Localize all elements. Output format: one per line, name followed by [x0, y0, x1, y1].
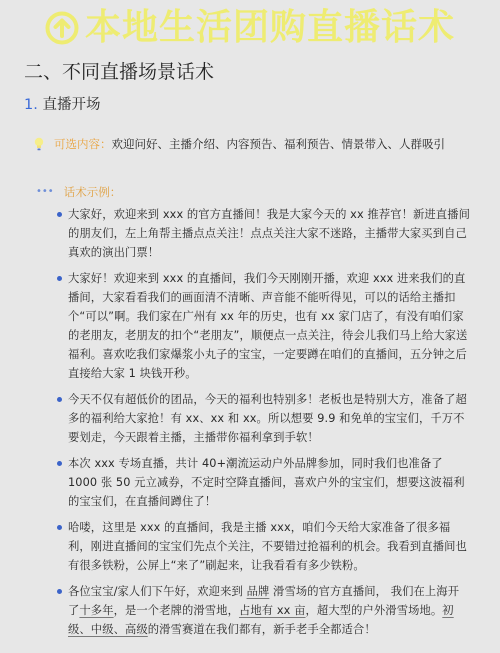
- list-item-text: 哈喽，这里是 xxx 的直播间，我是主播 xxx，咱们今天给大家准备了很多福利，…: [68, 521, 467, 572]
- list-item: 各位宝宝/家人们下午好，欢迎来到 品牌 滑雪场的官方直播间， 我们在上海开了十多…: [58, 582, 470, 639]
- text-segment: 各位宝宝/家人们下午好，欢迎来到: [68, 585, 247, 598]
- examples-header: ••• 话术示例：: [36, 184, 121, 200]
- examples-list: 大家好，欢迎来到 xxx 的官方直播间！我是大家今天的 xx 推荐官！新进直播间…: [58, 205, 470, 646]
- list-item: 大家好，欢迎来到 xxx 的官方直播间！我是大家今天的 xx 推荐官！新进直播间…: [58, 205, 470, 262]
- tip-label: 可选内容：: [54, 136, 112, 152]
- list-item-text: 今天不仅有超低价的团品，今天的福利也特别多！老板也是特别大方，准备了超多的福利给…: [68, 393, 467, 444]
- list-item: 今天不仅有超低价的团品，今天的福利也特别多！老板也是特别大方，准备了超多的福利给…: [58, 390, 470, 447]
- title-banner: 本地生活团购直播话术: [0, 0, 500, 56]
- ellipsis-icon: •••: [36, 184, 54, 200]
- tip-value: 欢迎问好、主播介绍、内容预告、福利预告、情景带入、人群吸引: [112, 136, 446, 152]
- list-item-text: 大家好，欢迎来到 xxx 的官方直播间！我是大家今天的 xx 推荐官！新进直播间…: [68, 208, 470, 259]
- list-item-text: 各位宝宝/家人们下午好，欢迎来到 品牌 滑雪场的官方直播间， 我们在上海开了十多…: [68, 585, 459, 636]
- section-heading: 二、不同直播场景话术: [24, 60, 214, 84]
- list-item: 大家好！欢迎来到 xxx 的直播间，我们今天刚刚开播，欢迎 xxx 进来我们的直…: [58, 269, 470, 383]
- bullet-dot-icon: [57, 397, 62, 402]
- tip-row: 可选内容： 欢迎问好、主播介绍、内容预告、福利预告、情景带入、人群吸引: [34, 136, 445, 152]
- bullet-dot-icon: [57, 276, 62, 281]
- examples-label: 话术示例：: [64, 184, 122, 200]
- underlined-years: 十多年: [79, 604, 113, 617]
- subsection-number: 1.: [24, 97, 38, 113]
- text-segment: ，是一个老牌的滑雪地，: [114, 604, 239, 617]
- underlined-brand: 品牌: [247, 585, 270, 598]
- list-item-text: 大家好！欢迎来到 xxx 的直播间，我们今天刚刚开播，欢迎 xxx 进来我们的直…: [68, 272, 467, 380]
- page-title: 本地生活团购直播话术: [85, 10, 455, 46]
- underlined-area: 占地有 xx 亩: [239, 604, 306, 617]
- list-item-text: 本次 xxx 专场直播，共计 40+潮流运动户外品牌参加，同时我们也准备了 10…: [68, 457, 465, 508]
- subsection-title: 直播开场: [42, 97, 100, 113]
- bullet-dot-icon: [57, 212, 62, 217]
- list-item: 本次 xxx 专场直播，共计 40+潮流运动户外品牌参加，同时我们也准备了 10…: [58, 454, 470, 511]
- bullet-dot-icon: [57, 525, 62, 530]
- list-item: 哈喽，这里是 xxx 的直播间，我是主播 xxx，咱们今天给大家准备了很多福利，…: [58, 518, 470, 575]
- text-segment: ，超大型的户外滑雪场地。: [306, 604, 443, 617]
- arrow-up-circle-icon: [45, 11, 79, 45]
- subsection-heading: 1. 直播开场: [24, 95, 100, 115]
- bullet-dot-icon: [57, 461, 62, 466]
- text-segment: 的滑雪赛道在我们都有，新手老手全都适合！: [148, 623, 376, 636]
- lightbulb-icon: [34, 137, 44, 151]
- bullet-dot-icon: [57, 589, 62, 594]
